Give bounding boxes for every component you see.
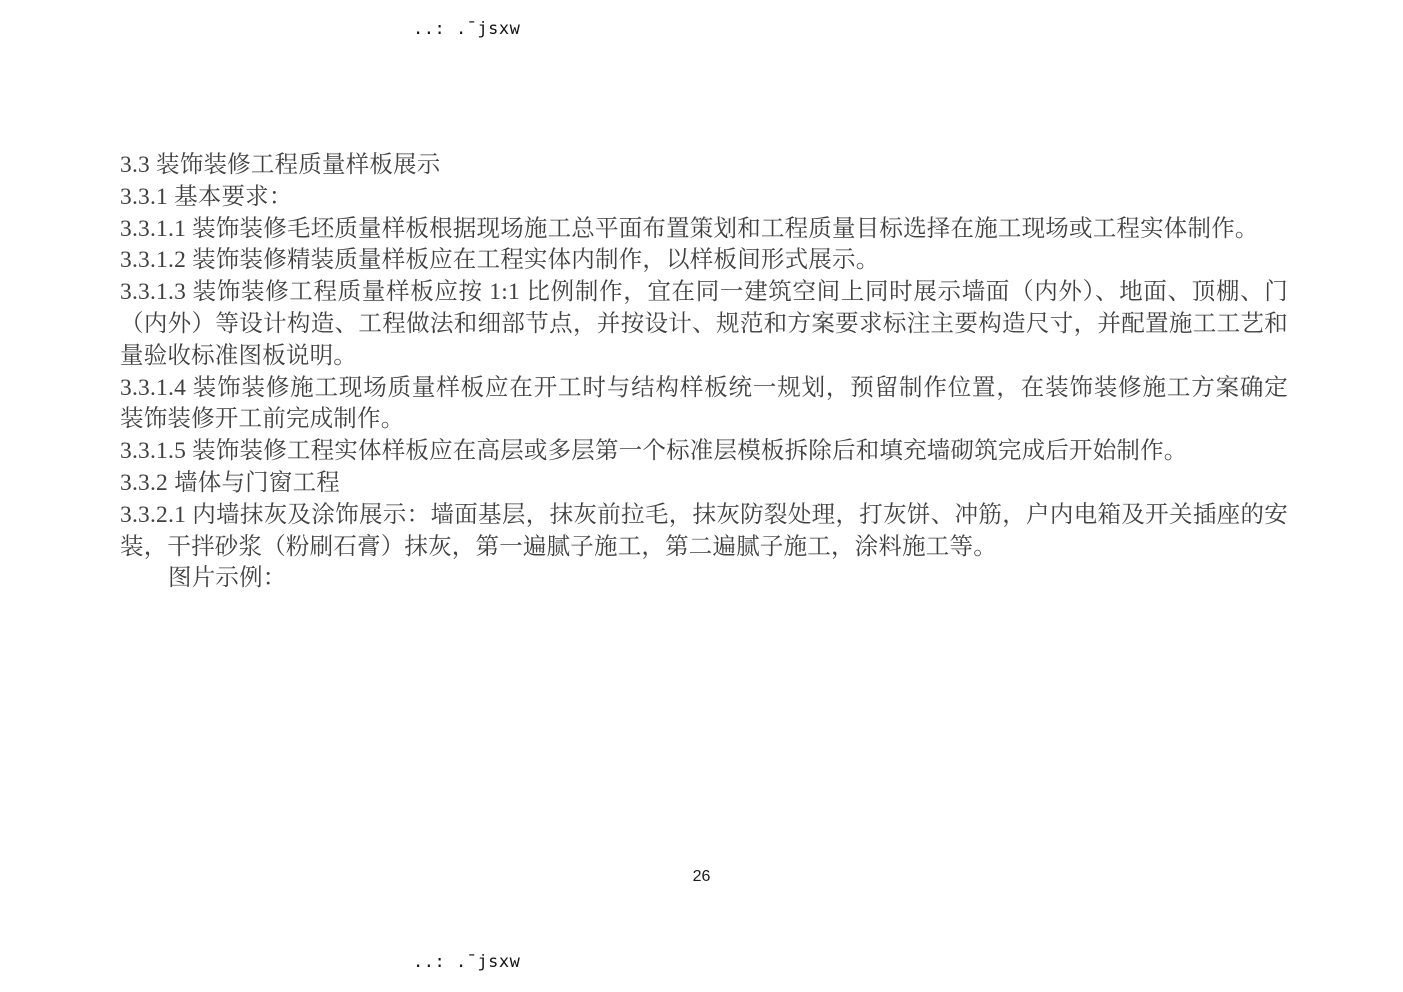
document-body: 3.3 装饰装修工程质量样板展示 3.3.1 基本要求： 3.3.1.1 装饰装… [120, 150, 1288, 595]
text-line: 3.3.1.3 装饰装修工程质量样板应按 1:1 比例制作，宜在同一建筑空间上同… [120, 277, 1288, 309]
text-line: 量验收标准图板说明。 [120, 341, 1288, 373]
text-line: （内外）等设计构造、工程做法和细部节点，并按设计、规范和方案要求标注主要构造尺寸… [120, 309, 1288, 341]
image-example-label: 图片示例： [120, 563, 1288, 595]
text-line: 3.3.1.4 装饰装修施工现场质量样板应在开工时与结构样板统一规划，预留制作位… [120, 373, 1288, 405]
header-watermark: ..: .¯jsxw [413, 19, 520, 39]
footer-watermark: ..: .¯jsxw [413, 952, 520, 972]
text-line: 3.3.1.5 装饰装修工程实体样板应在高层或多层第一个标准层模板拆除后和填充墙… [120, 436, 1288, 468]
text-line: 装，干拌砂浆（粉刷石膏）抹灰，第一遍腻子施工，第二遍腻子施工，涂料施工等。 [120, 532, 1288, 564]
subsection-heading: 3.3.2 墙体与门窗工程 [120, 468, 1288, 500]
text-line: 3.3.2.1 内墙抹灰及涂饰展示：墙面基层，抹灰前拉毛，抹灰防裂处理，打灰饼、… [120, 500, 1288, 532]
text-line: 3.3.1.1 装饰装修毛坯质量样板根据现场施工总平面布置策划和工程质量目标选择… [120, 214, 1288, 246]
page-number: 26 [0, 868, 1403, 886]
text-line: 装饰装修开工前完成制作。 [120, 404, 1288, 436]
section-heading: 3.3 装饰装修工程质量样板展示 [120, 150, 1288, 182]
text-line: 3.3.1.2 装饰装修精装质量样板应在工程实体内制作，以样板间形式展示。 [120, 245, 1288, 277]
subsection-heading: 3.3.1 基本要求： [120, 182, 1288, 214]
document-page: ..: .¯jsxw 3.3 装饰装修工程质量样板展示 3.3.1 基本要求： … [0, 0, 1403, 992]
